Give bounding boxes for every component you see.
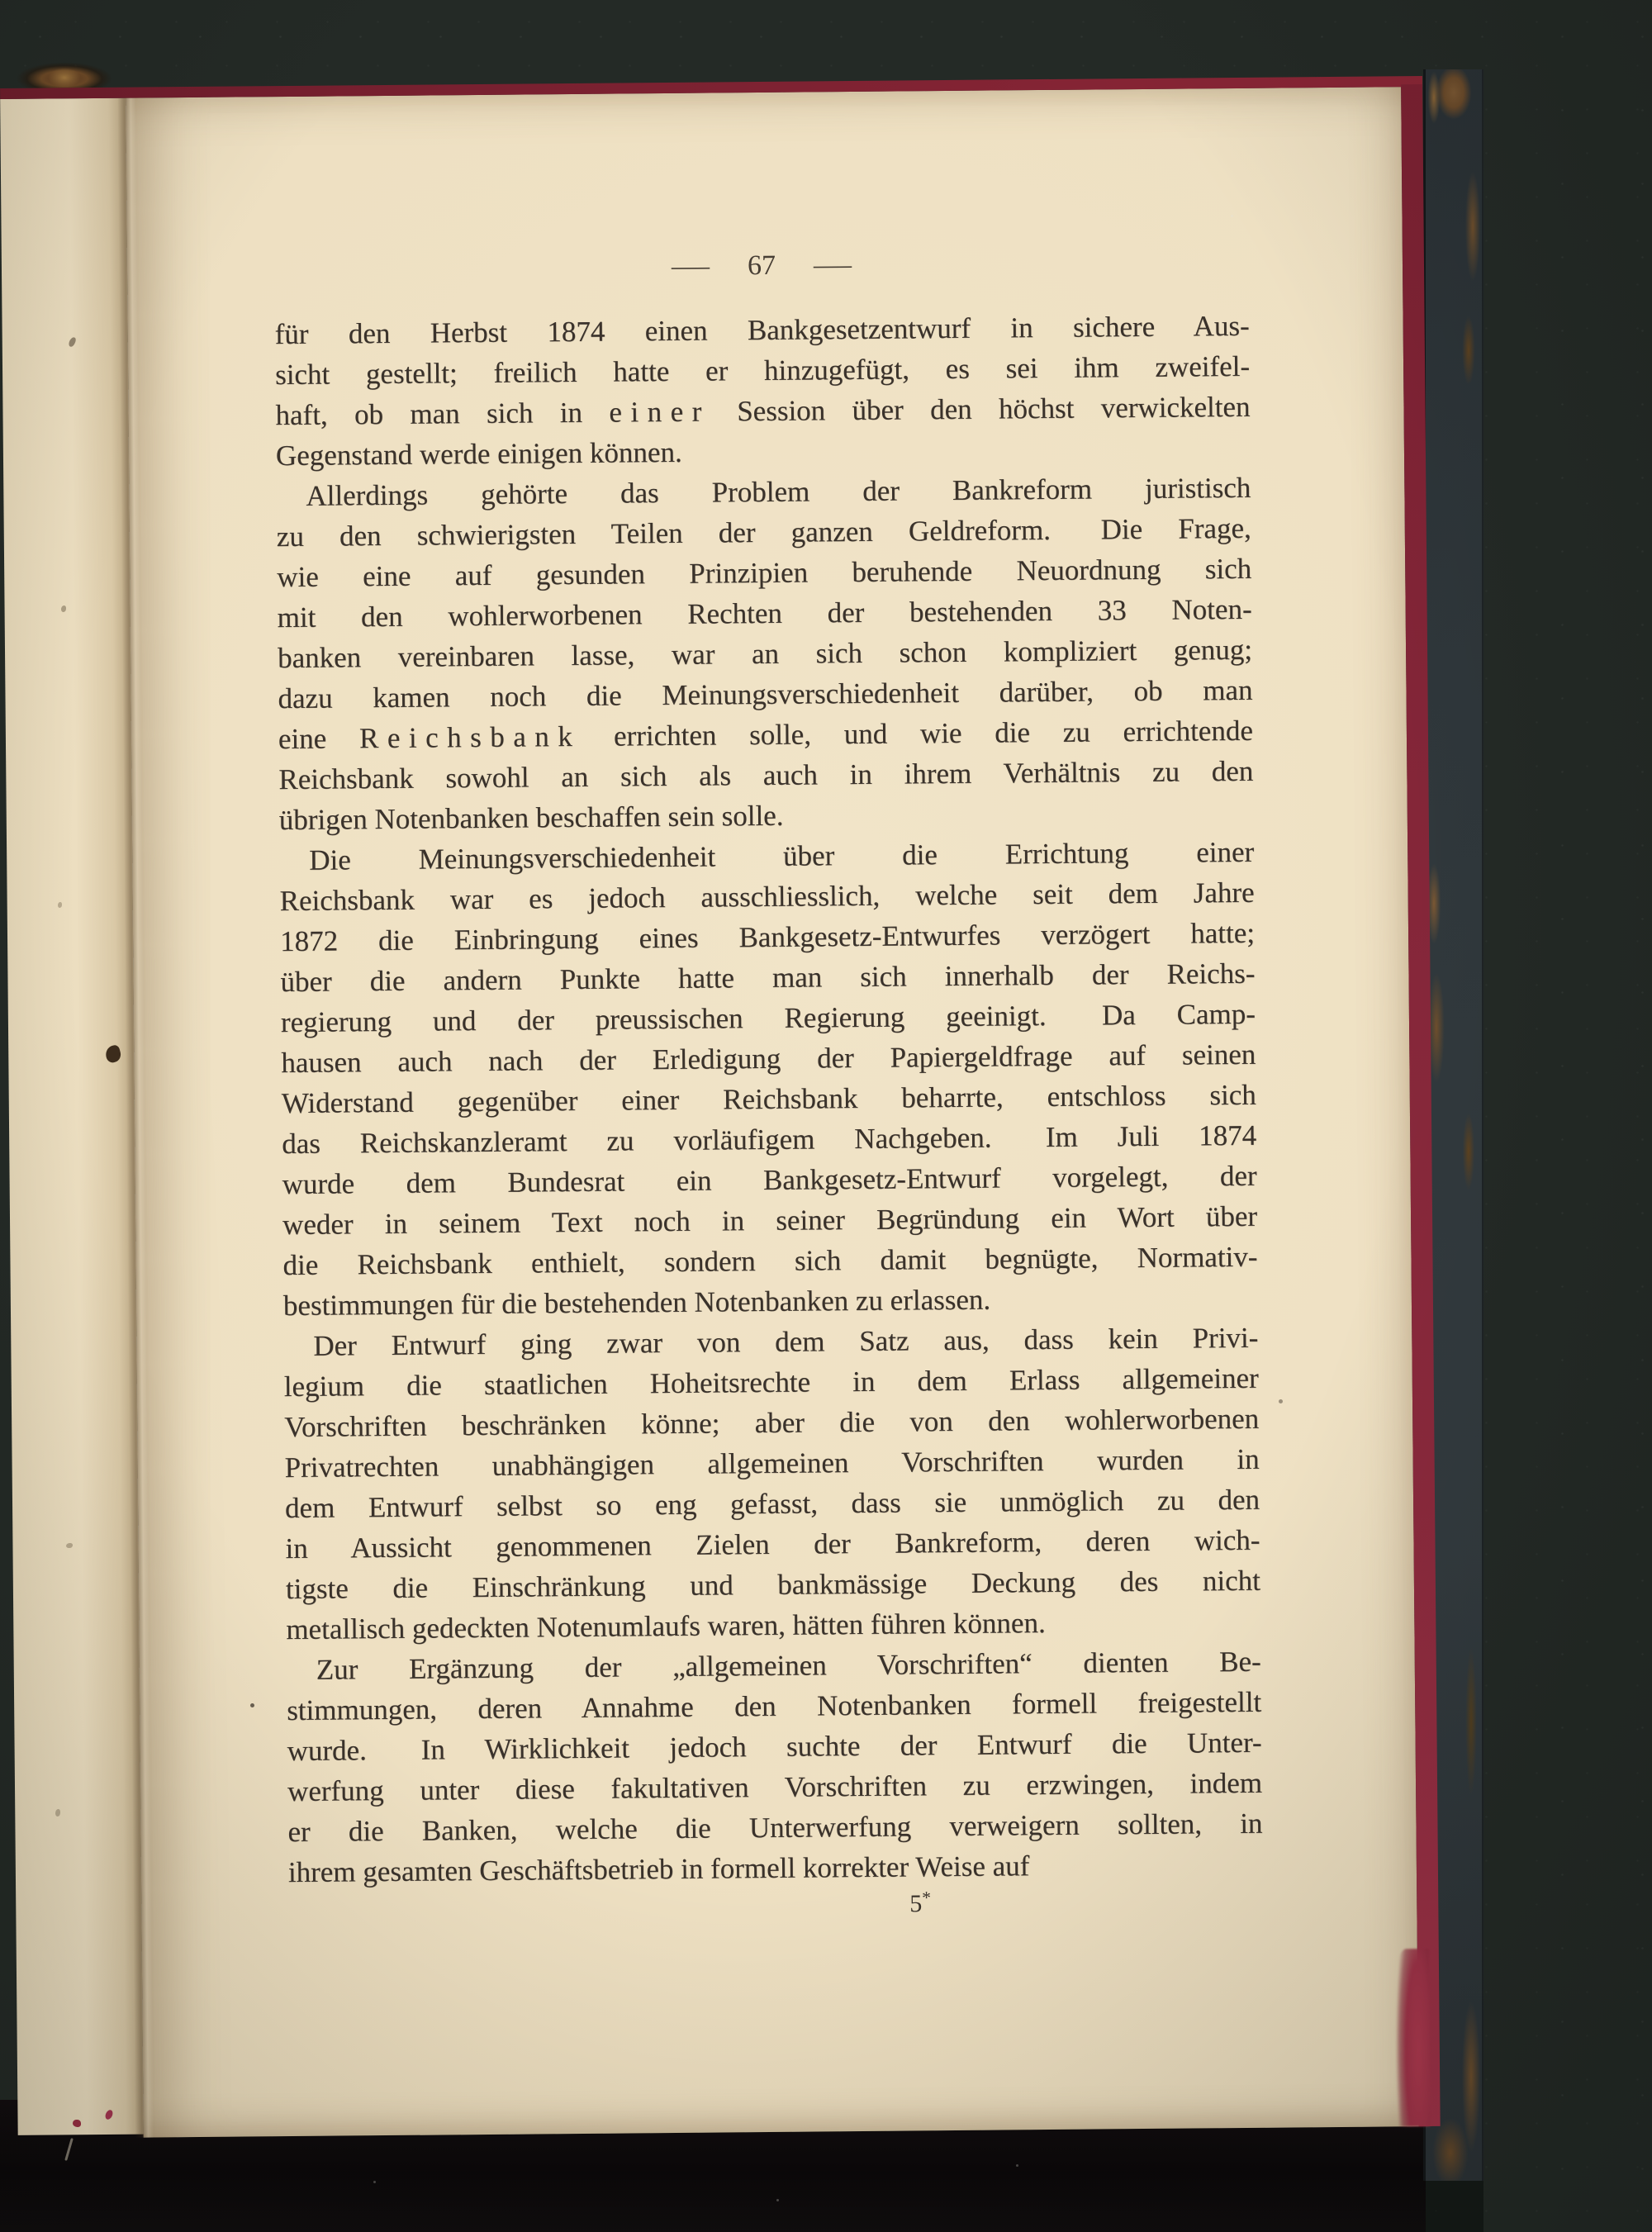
dust-speck — [373, 2181, 376, 2183]
dust-speck — [1016, 2164, 1018, 2167]
header-dash-right: — — [814, 249, 852, 281]
header-dash-left: — — [672, 251, 710, 283]
page-number: 67 — [748, 250, 776, 282]
dust-speck — [776, 2199, 779, 2201]
text-line: ihrem gesamten Geschäftsbetrieb in forme… — [288, 1844, 1263, 1892]
red-edge-crumb — [73, 2120, 81, 2127]
text-line: haft, ob man sich in einer Session über … — [275, 387, 1250, 435]
scan-canvas: — 67 — für den Herbst 1874 einen Bankges… — [0, 0, 1652, 2232]
signature-number: 5 — [909, 1890, 922, 1917]
red-fore-edge-bottom — [1391, 1949, 1431, 2126]
text-line: tigste die Einschränkung und bankmässige… — [286, 1560, 1260, 1609]
text-line: er die Banken, welche die Unterwerfung v… — [287, 1803, 1262, 1852]
signature-asterisk: * — [922, 1888, 931, 1907]
signature-mark: 5* — [909, 1888, 931, 1918]
text-line: Reichsbank sowohl an sich als auch in ih… — [278, 751, 1253, 800]
dust-speck — [1231, 215, 1233, 217]
book-page: — 67 — für den Herbst 1874 einen Bankges… — [0, 76, 1441, 2139]
ink-dot — [250, 1703, 254, 1707]
text-line: die Reichsbank enthielt, sondern sich da… — [282, 1237, 1257, 1285]
ink-dot — [1279, 1399, 1283, 1403]
text-block: für den Herbst 1874 einen Bankgesetzentw… — [274, 306, 1263, 1892]
